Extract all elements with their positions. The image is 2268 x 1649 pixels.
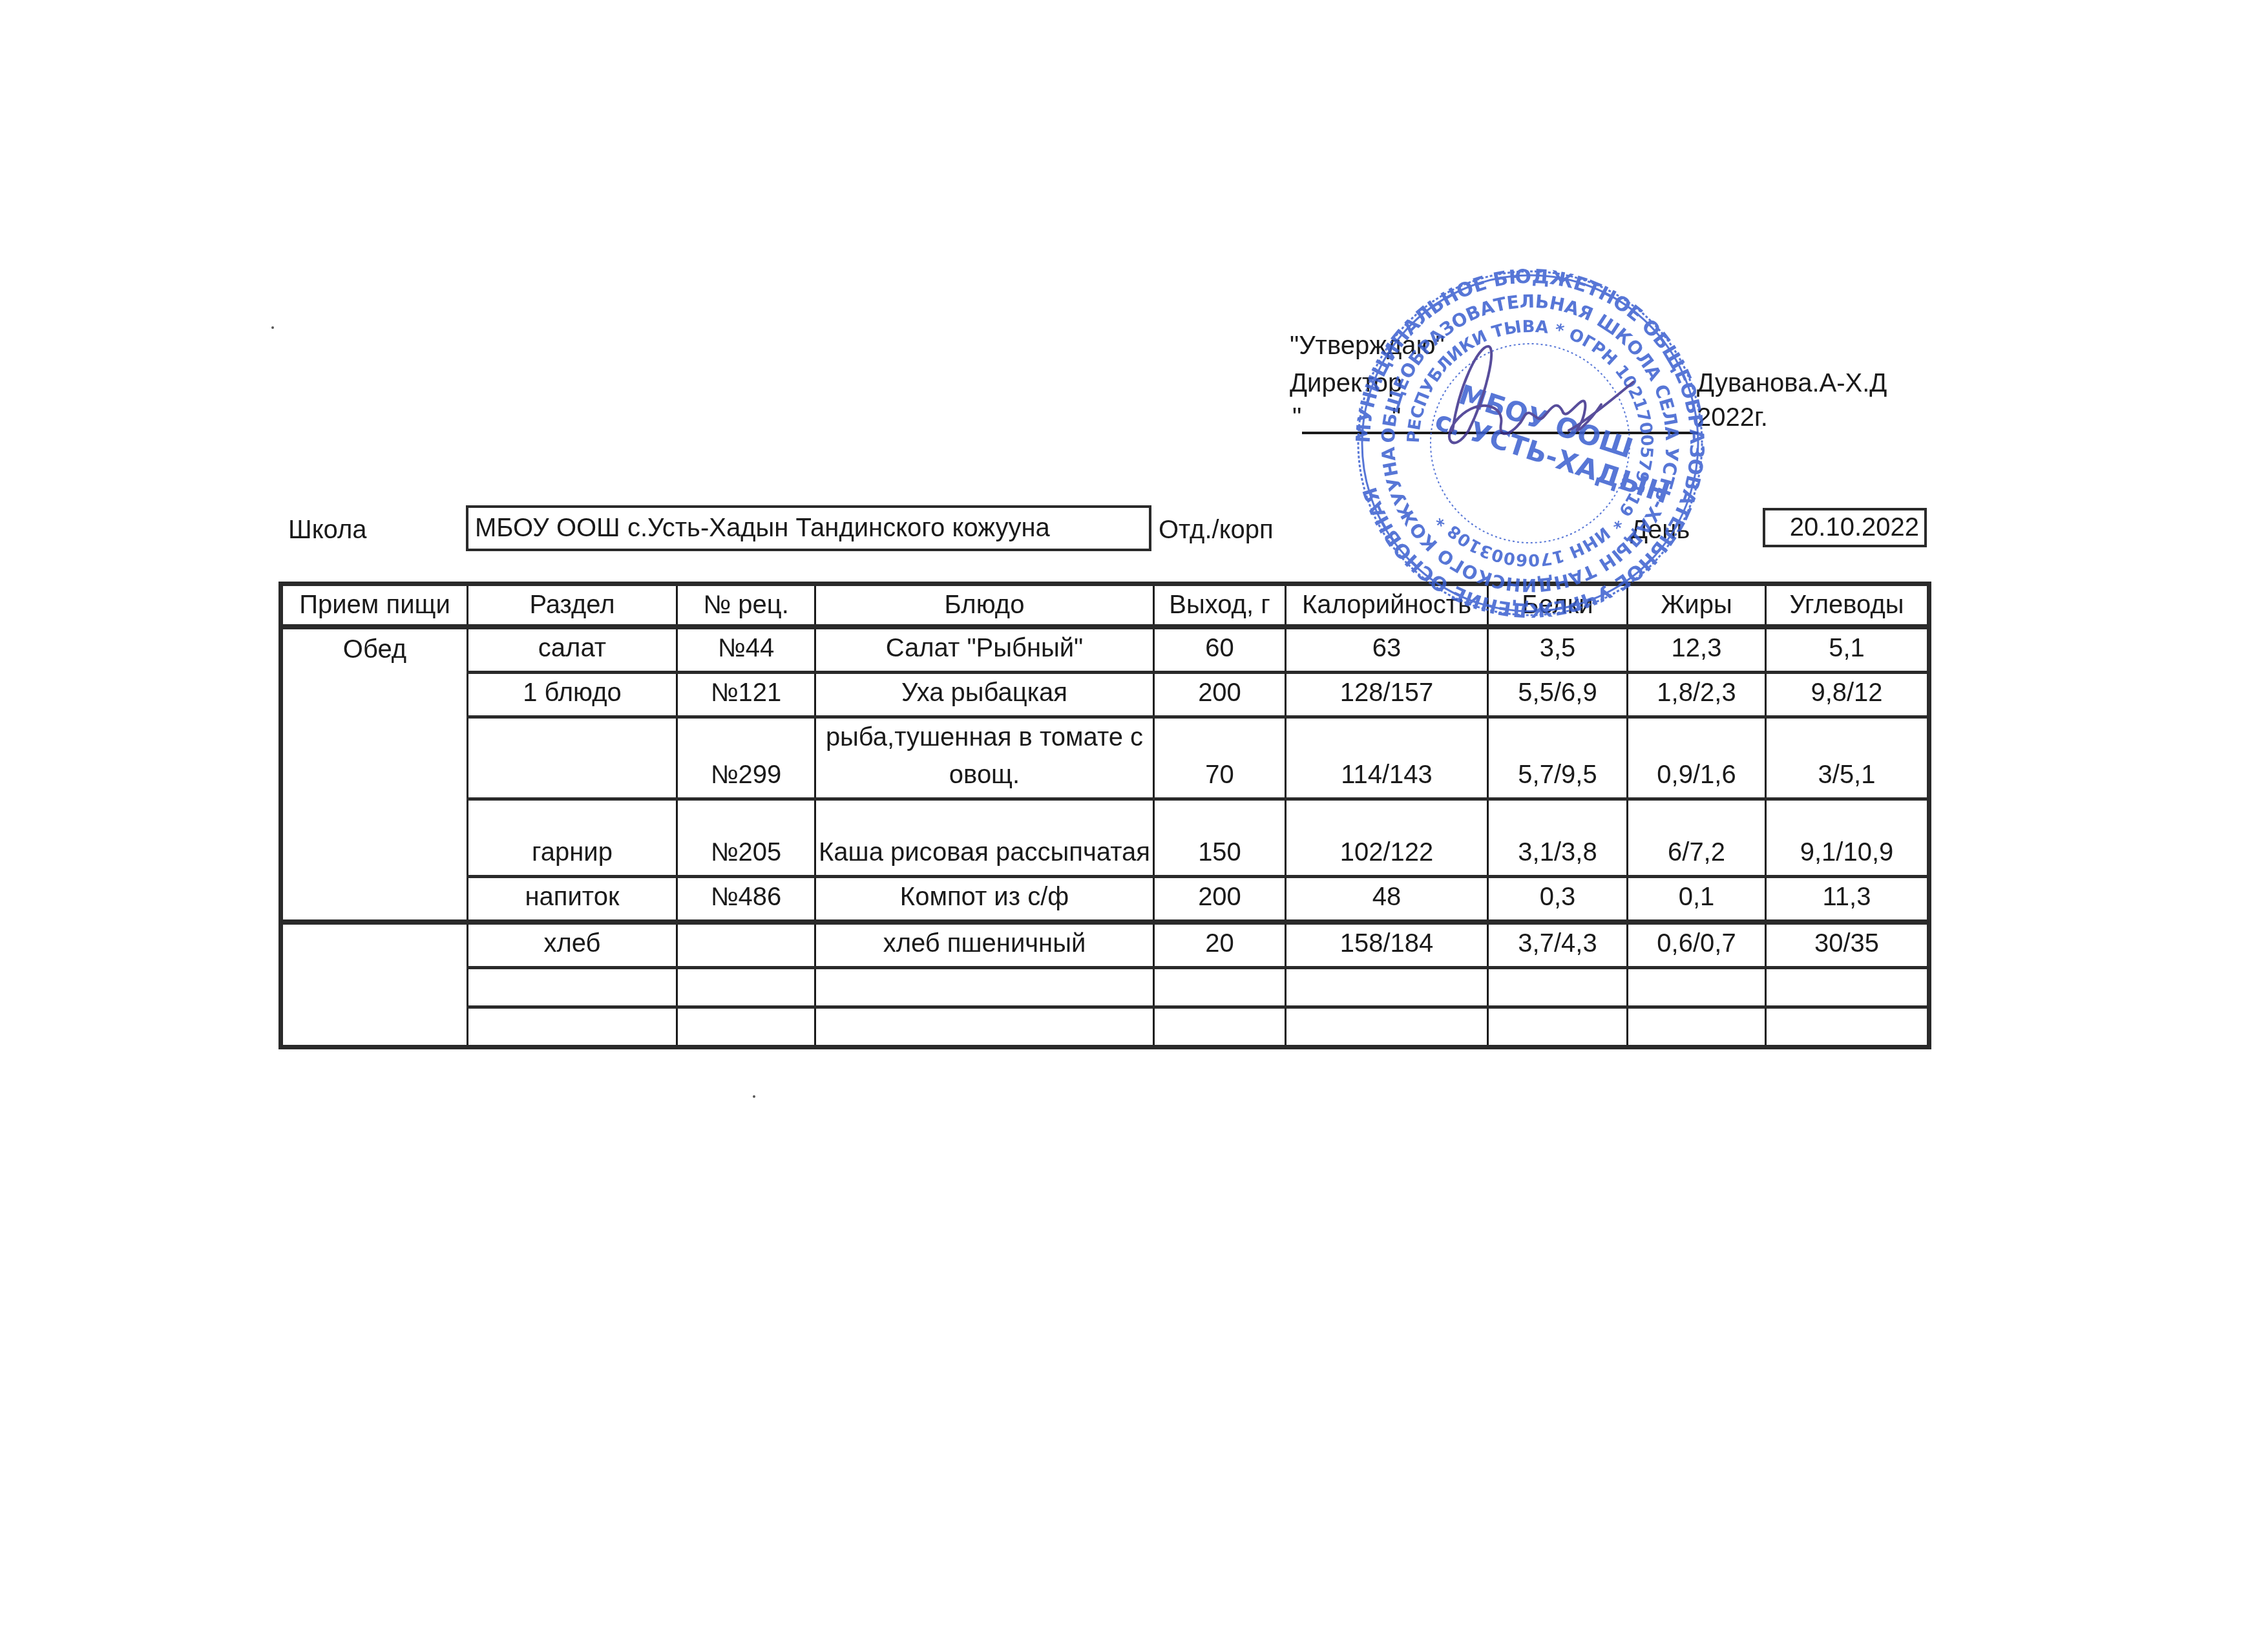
yield-cell: 200 xyxy=(1154,876,1286,922)
stamp-center-line1: МБОУ ООШ xyxy=(1455,379,1637,465)
proteins-cell: 3,7/4,3 xyxy=(1488,922,1628,968)
proteins-cell: 3,5 xyxy=(1488,627,1628,673)
proteins-cell: 5,7/9,5 xyxy=(1488,717,1628,799)
section-cell: гарнир xyxy=(468,799,677,876)
director-signature xyxy=(1449,346,1633,443)
section-cell: салат xyxy=(468,627,677,673)
dish-cell: рыба,тушенная в томате с овощ. xyxy=(815,717,1154,799)
recipe-cell: №44 xyxy=(677,627,815,673)
date-quote-open: " xyxy=(1292,404,1301,430)
meal-cell xyxy=(281,922,468,1047)
carbs-cell: 3/5,1 xyxy=(1766,717,1929,799)
stamp-outer-text: МУНИЦИПАЛЬНОЕ БЮДЖЕТНОЕ ОБЩЕОБРАЗОВАТЕЛЬ… xyxy=(1356,269,1705,618)
fats-cell: 1,8/2,3 xyxy=(1628,672,1766,717)
dish-cell xyxy=(815,967,1154,1007)
department-label: Отд./корп xyxy=(1159,517,1274,543)
carbs-cell xyxy=(1766,967,1929,1007)
fats-cell: 0,6/0,7 xyxy=(1628,922,1766,968)
fats-cell: 0,9/1,6 xyxy=(1628,717,1766,799)
fats-cell xyxy=(1628,1007,1766,1047)
carbs-cell: 30/35 xyxy=(1766,922,1929,968)
table-row xyxy=(281,1007,1929,1047)
date-quote-close: " xyxy=(1392,404,1401,430)
recipe-cell xyxy=(677,1007,815,1047)
meal-cell: Обед xyxy=(281,627,468,922)
yield-cell xyxy=(1154,1007,1286,1047)
section-cell: 1 блюдо xyxy=(468,672,677,717)
section-cell xyxy=(468,967,677,1007)
calories-cell: 102/122 xyxy=(1286,799,1488,876)
fats-cell: 0,1 xyxy=(1628,876,1766,922)
carbs-cell: 5,1 xyxy=(1766,627,1929,673)
table-row: гарнир№205Каша рисовая рассыпчатая150102… xyxy=(281,799,1929,876)
col-header-proteins: Белки xyxy=(1488,584,1628,627)
dish-cell: Компот из с/ф xyxy=(815,876,1154,922)
scan-speck xyxy=(753,1095,755,1098)
recipe-cell: №205 xyxy=(677,799,815,876)
proteins-cell: 0,3 xyxy=(1488,876,1628,922)
recipe-cell xyxy=(677,967,815,1007)
fats-cell: 6/7,2 xyxy=(1628,799,1766,876)
table-header-row: Прием пищи Раздел № рец. Блюдо Выход, г … xyxy=(281,584,1929,627)
section-cell xyxy=(468,717,677,799)
dish-cell: Каша рисовая рассыпчатая xyxy=(815,799,1154,876)
day-label: День xyxy=(1630,517,1690,543)
director-name: Дуванова.А-Х.Д xyxy=(1697,370,1887,396)
col-header-section: Раздел xyxy=(468,584,677,627)
dish-cell: хлеб пшеничный xyxy=(815,922,1154,968)
yield-cell: 150 xyxy=(1154,799,1286,876)
calories-cell xyxy=(1286,1007,1488,1047)
signature-line xyxy=(1302,432,1698,434)
official-stamp: МУНИЦИПАЛЬНОЕ БЮДЖЕТНОЕ ОБЩЕОБРАЗОВАТЕЛЬ… xyxy=(1356,269,1705,618)
carbs-cell: 9,1/10,9 xyxy=(1766,799,1929,876)
col-header-carbs: Углеводы xyxy=(1766,584,1929,627)
table-row: хлебхлеб пшеничный20158/1843,7/4,30,6/0,… xyxy=(281,922,1929,968)
proteins-cell: 5,5/6,9 xyxy=(1488,672,1628,717)
calories-cell: 128/157 xyxy=(1286,672,1488,717)
scan-speck xyxy=(271,326,274,329)
table-row: №299рыба,тушенная в томате с овощ.70114/… xyxy=(281,717,1929,799)
section-cell: напиток xyxy=(468,876,677,922)
col-header-calories: Калорийность xyxy=(1286,584,1488,627)
section-cell xyxy=(468,1007,677,1047)
recipe-cell xyxy=(677,922,815,968)
col-header-yield: Выход, г xyxy=(1154,584,1286,627)
table-row: Обедсалат№44Салат "Рыбный"60633,512,35,1 xyxy=(281,627,1929,673)
table-row xyxy=(281,967,1929,1007)
position-label: Директор xyxy=(1290,370,1402,396)
carbs-cell: 11,3 xyxy=(1766,876,1929,922)
proteins-cell xyxy=(1488,967,1628,1007)
carbs-cell: 9,8/12 xyxy=(1766,672,1929,717)
recipe-cell: №299 xyxy=(677,717,815,799)
yield-cell: 200 xyxy=(1154,672,1286,717)
yield-cell: 70 xyxy=(1154,717,1286,799)
yield-cell xyxy=(1154,967,1286,1007)
table-row: 1 блюдо№121Уха рыбацкая200128/1575,5/6,9… xyxy=(281,672,1929,717)
table-row: напиток№486Компот из с/ф200480,30,111,3 xyxy=(281,876,1929,922)
fats-cell: 12,3 xyxy=(1628,627,1766,673)
recipe-cell: №121 xyxy=(677,672,815,717)
fats-cell xyxy=(1628,967,1766,1007)
yield-cell: 20 xyxy=(1154,922,1286,968)
yield-cell: 60 xyxy=(1154,627,1286,673)
col-header-meal: Прием пищи xyxy=(281,584,468,627)
school-name-field: МБОУ ООШ с.Усть-Хадын Тандинского кожуун… xyxy=(466,505,1151,551)
approve-label: "Утверждаю" xyxy=(1290,333,1445,359)
menu-table: Прием пищи Раздел № рец. Блюдо Выход, г … xyxy=(278,582,1931,1049)
dish-cell: Уха рыбацкая xyxy=(815,672,1154,717)
calories-cell: 48 xyxy=(1286,876,1488,922)
carbs-cell xyxy=(1766,1007,1929,1047)
calories-cell: 158/184 xyxy=(1286,922,1488,968)
recipe-cell: №486 xyxy=(677,876,815,922)
school-label: Школа xyxy=(288,517,367,543)
proteins-cell xyxy=(1488,1007,1628,1047)
calories-cell: 114/143 xyxy=(1286,717,1488,799)
calories-cell: 63 xyxy=(1286,627,1488,673)
date-field: 20.10.2022 xyxy=(1763,508,1927,547)
proteins-cell: 3,1/3,8 xyxy=(1488,799,1628,876)
col-header-recipe: № рец. xyxy=(677,584,815,627)
col-header-fats: Жиры xyxy=(1628,584,1766,627)
section-cell: хлеб xyxy=(468,922,677,968)
col-header-dish: Блюдо xyxy=(815,584,1154,627)
dish-cell xyxy=(815,1007,1154,1047)
dish-cell: Салат "Рыбный" xyxy=(815,627,1154,673)
stamp-center-line2: с. УСТЬ-ХАДЫН xyxy=(1431,404,1673,510)
year-label: 2022г. xyxy=(1697,404,1768,430)
calories-cell xyxy=(1286,967,1488,1007)
